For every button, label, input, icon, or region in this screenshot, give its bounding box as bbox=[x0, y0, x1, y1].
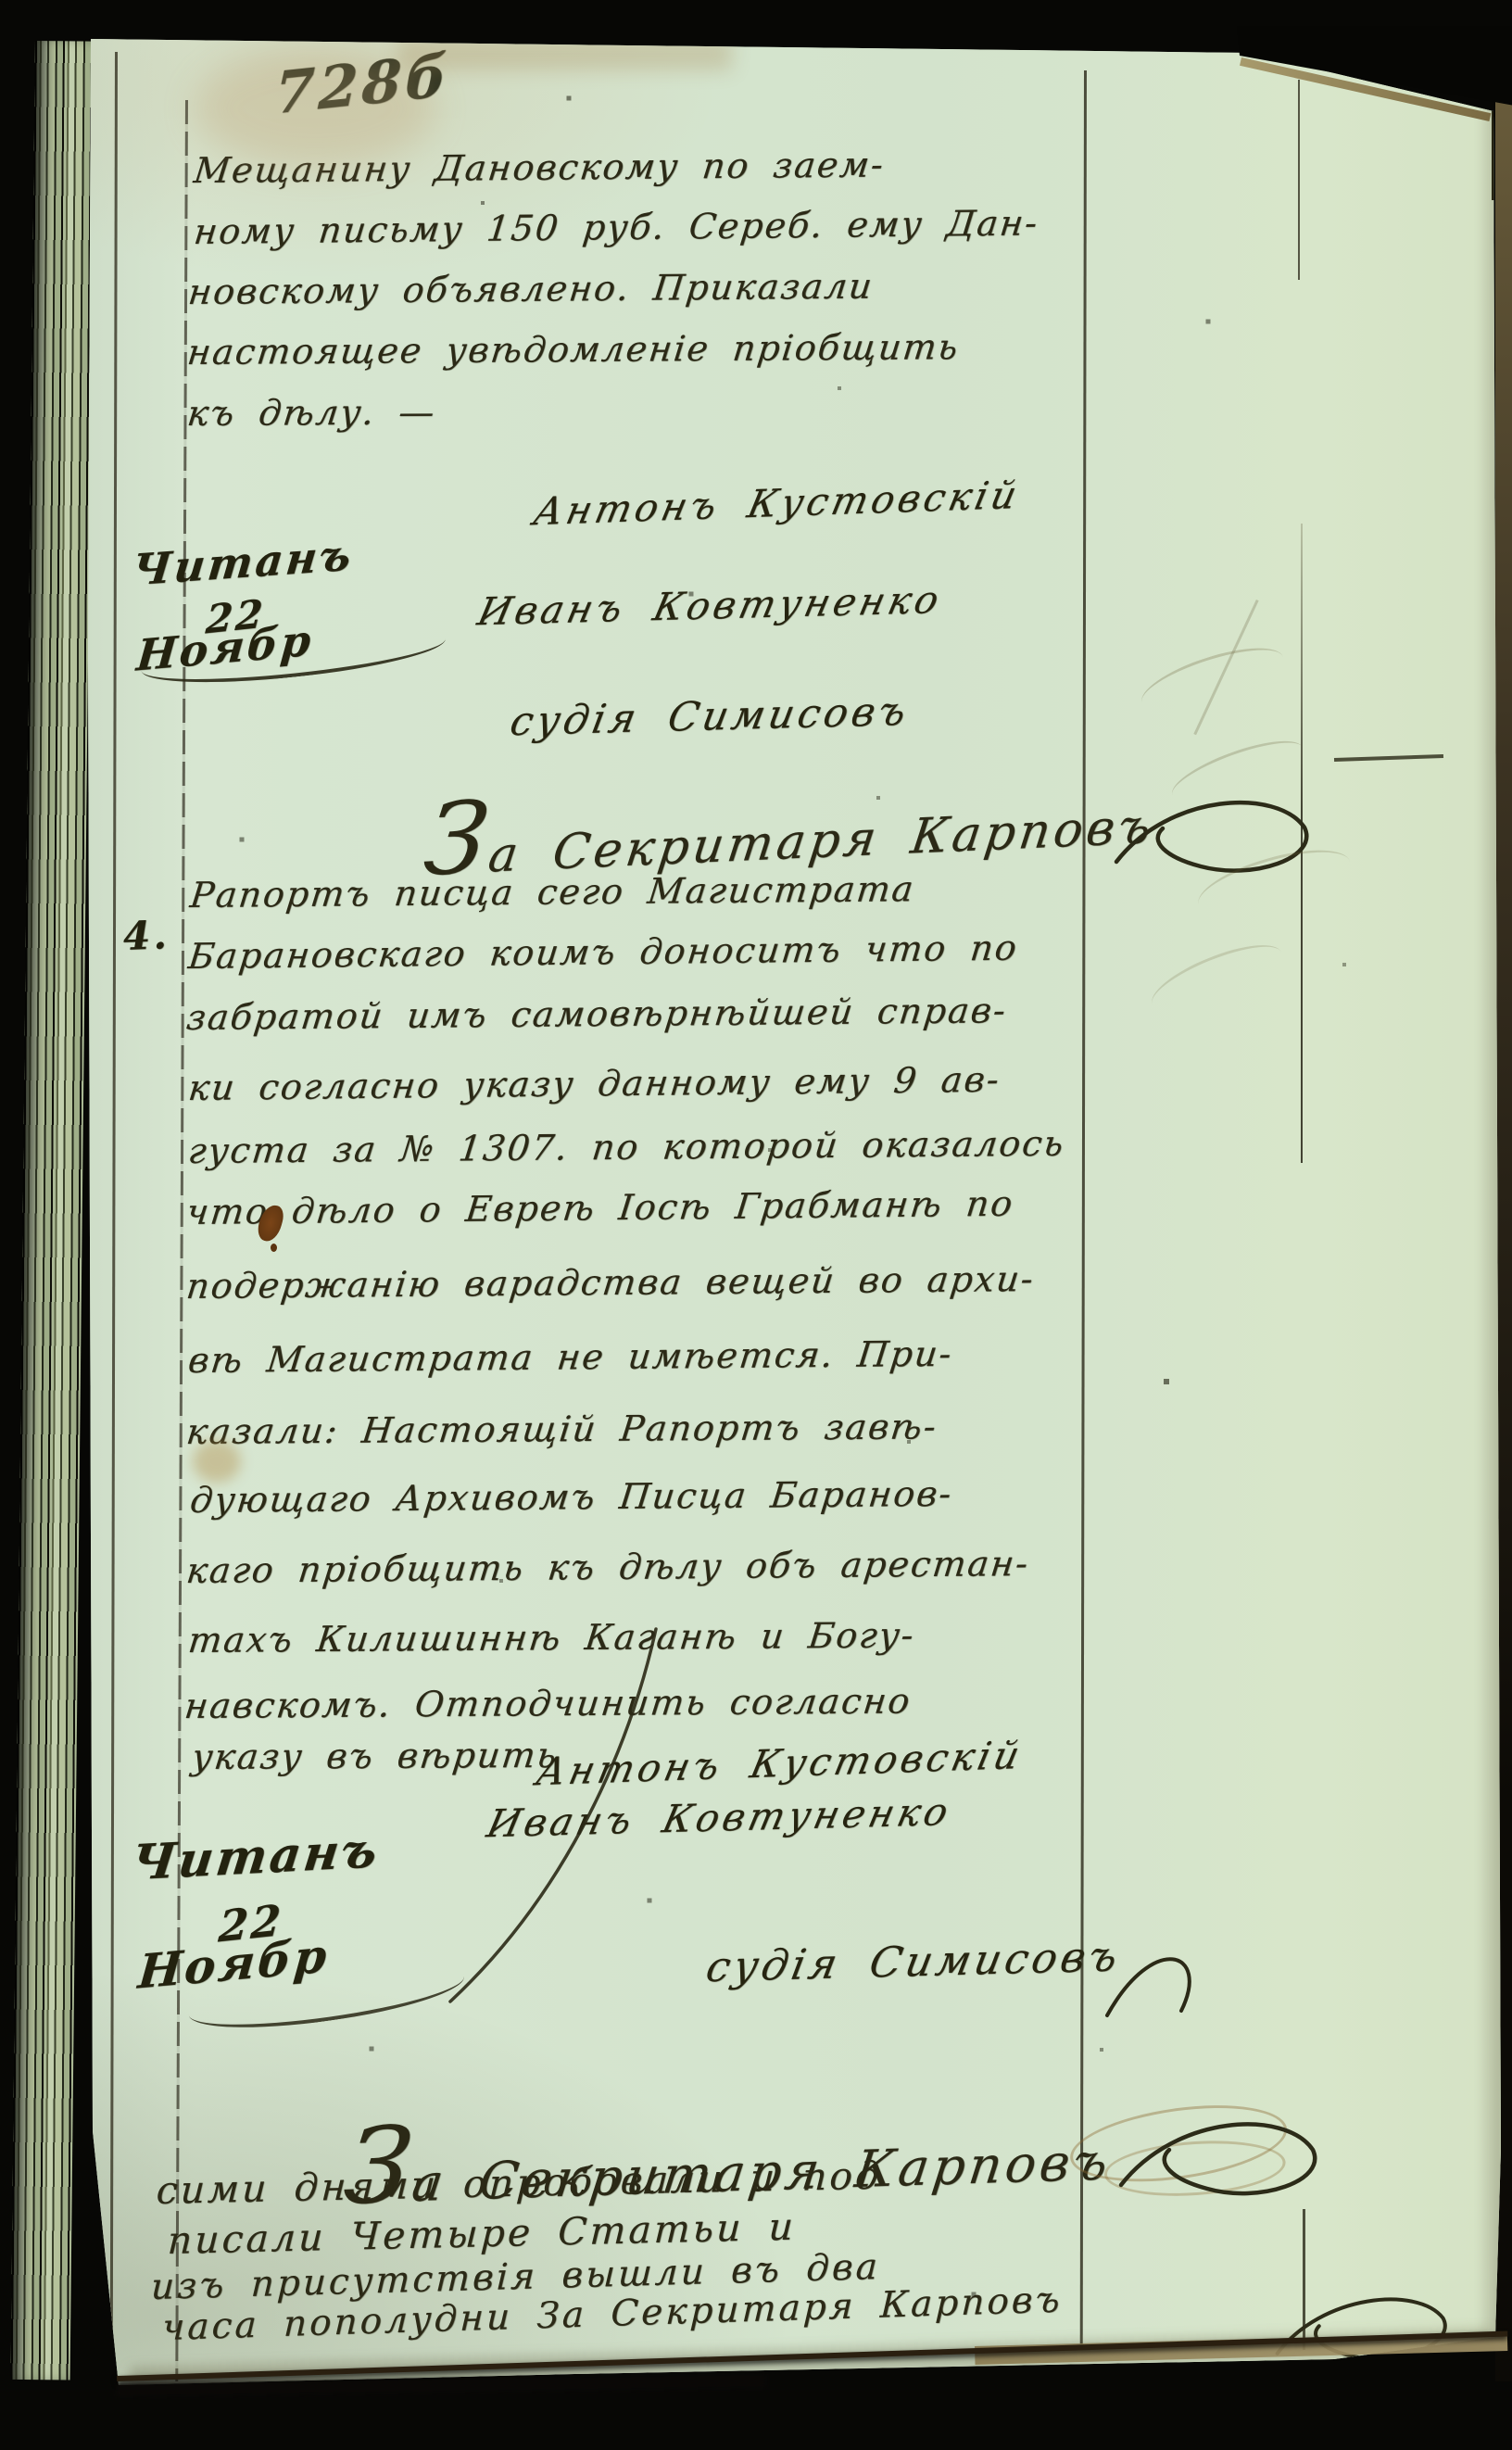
signature: Иванъ Ковтуненко bbox=[473, 577, 946, 634]
book-page-edge-stack bbox=[11, 41, 94, 2381]
manuscript-line: настоящее увѣдомленіе пріобщить bbox=[185, 326, 962, 373]
manuscript-line: вѣ Магистрата не имѣется. При- bbox=[186, 1333, 955, 1381]
manuscript-line: дующаго Архивомъ Писца Баранов- bbox=[188, 1473, 955, 1521]
paper-stain bbox=[193, 1440, 241, 1483]
ruled-line-far-right-top bbox=[1298, 80, 1300, 280]
manuscript-line: ки согласно указу данному ему 9 ав- bbox=[186, 1059, 1002, 1108]
show-through-stroke bbox=[1144, 932, 1290, 1025]
show-through-stroke bbox=[1135, 636, 1290, 725]
manuscript-line: забратой имъ самовѣрнѣйшей справ- bbox=[184, 990, 1009, 1038]
manuscript-line: подержанію варадства вещей во архи- bbox=[184, 1258, 1037, 1307]
manuscript-line: новскому объявлено. Приказали bbox=[186, 266, 876, 312]
manuscript-line: къ дѣлу. — bbox=[185, 392, 438, 434]
ruled-line-left-outer bbox=[110, 52, 118, 2380]
margin-dash-right bbox=[1334, 754, 1443, 762]
manuscript-page: 728б Мещанину Дановскому по заем- ному п… bbox=[0, 0, 1512, 2450]
ink-blot-drip bbox=[271, 1244, 277, 1252]
photo-of-manuscript-page: 728б Мещанину Дановскому по заем- ному п… bbox=[0, 0, 1512, 2450]
judge-signature: судія Симисовъ bbox=[507, 688, 913, 746]
signature-flourish bbox=[1116, 2096, 1339, 2221]
manuscript-line: что дѣло о Евреѣ Іосѣ Грабманѣ по bbox=[184, 1183, 1016, 1232]
judge-signature-flourish bbox=[1098, 1923, 1218, 2025]
manuscript-line: густа за № 1307. по которой оказалось bbox=[186, 1123, 1067, 1171]
manuscript-line: казали: Настоящій Рапортъ завѣ- bbox=[184, 1406, 939, 1452]
margin-date-note-line: Читанъ bbox=[130, 529, 356, 595]
manuscript-line: Барановскаго коимъ доноситъ что по bbox=[186, 928, 1020, 977]
dust-specks bbox=[0, 0, 2, 2]
judge-signature: судія Симисовъ bbox=[702, 1931, 1125, 1991]
ruled-line-right-margin bbox=[1080, 70, 1087, 2348]
paper-stain bbox=[398, 37, 732, 70]
signature: Антонъ Кустовскій bbox=[530, 473, 1025, 535]
manuscript-line: ному письму 150 руб. Сереб. ему Дан- bbox=[192, 202, 1041, 252]
margin-note-tail-flourish bbox=[445, 1623, 667, 2013]
margin-date-note-line: Читанъ bbox=[128, 1822, 383, 1891]
manuscript-line: Рапортъ писца сего Магистрата bbox=[188, 868, 917, 916]
manuscript-line: каго пріобщить къ дѣлу объ арестан- bbox=[184, 1543, 1032, 1591]
ruled-line-left-margin bbox=[175, 100, 187, 2381]
entry-number: 4. bbox=[122, 912, 170, 959]
